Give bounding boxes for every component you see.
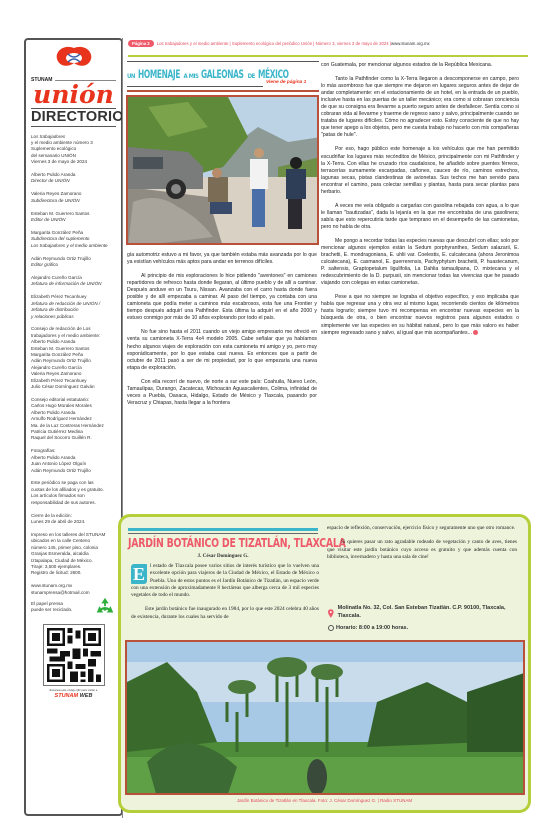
directory-block: Esteban M. Guerrero SantosEditor de UNIÓ… xyxy=(31,211,116,224)
garden-paragraph: Este jardín botánico fue inaugurado en 1… xyxy=(131,606,319,621)
directory-block: Adán Reymundo Ortiz TrujilloEditor gráfi… xyxy=(31,256,116,269)
title-part: HOMENAJE xyxy=(138,67,180,81)
page-header: Página 2 Los trabajadores y el medio amb… xyxy=(128,38,528,48)
directory-line: Jefatura de información de UNIÓN xyxy=(31,281,116,287)
article-paragraph: gía automotriz estuvo a mi favor, ya que… xyxy=(127,252,317,266)
header-divider xyxy=(128,55,528,57)
directory-line: y relaciones públicas xyxy=(31,314,116,320)
directory-block: Elizabeth Pérez TecanhueyJefatura de red… xyxy=(31,294,116,320)
garden-author: J. César Domínguez G. xyxy=(128,553,318,559)
garden-paragraph: espacio de reflexión, conservación, ejer… xyxy=(327,525,517,532)
article-paragraph: Por eso, hago público este homenaje a lo… xyxy=(321,146,519,195)
article-paragraph: con Guatemala, por mencionar algunos est… xyxy=(321,62,519,69)
qr-code[interactable] xyxy=(43,624,105,686)
recycle-note: puede ser reciclado. xyxy=(31,607,72,613)
garden-column-right: espacio de reflexión, conservación, ejer… xyxy=(327,525,517,568)
directory-sidebar: STUNAM unión DIRECTORIO Los trabajadores… xyxy=(24,38,123,816)
directory-block: Alberto Pulido ArandaDirector de UNIÓN xyxy=(31,172,116,185)
stunam-web-logo: STUNAM WEB xyxy=(31,693,116,699)
directory-block: Margarita González PeñaSubdirectora del … xyxy=(31,230,116,249)
recycle-icon xyxy=(94,596,116,618)
garden-address-text: Molinatla No. 32, Col. San Esteban Tizat… xyxy=(338,605,518,620)
article-paragraph-text: Pese a que no siempre se lograba el obje… xyxy=(321,294,519,335)
union-logo-icon xyxy=(53,46,95,72)
garden-hours: Horario: 8:00 a 19:00 horas. xyxy=(328,625,408,631)
directory-block: Impreso en los talleres del STUNAMubicad… xyxy=(31,532,116,577)
directory-block: Consejo de redacción de Lostrabajadores … xyxy=(31,326,116,390)
directory-block: Consejo editorial estatutario:Carlos Hug… xyxy=(31,397,116,442)
article-paragraph: No fue sino hasta el 2011 cuando un viej… xyxy=(127,329,317,371)
stunam-web-label: STUNAM xyxy=(55,693,79,699)
garden-paragraph: Si quieres pasar un rato agradable rodea… xyxy=(327,539,517,561)
directory-line: Viernes 3 de mayo de 2024 xyxy=(31,159,116,165)
garden-column-left: El estado de Tlaxcala posee varios sitio… xyxy=(131,563,319,628)
directory-block: Los trabajadoresy el medio ambiente núme… xyxy=(31,134,116,166)
directory-line: Director de UNIÓN xyxy=(31,178,116,184)
garden-title-rule xyxy=(128,533,318,534)
directory-block: Este periódico se paga con lascuotas de … xyxy=(31,480,116,506)
title-part: A MIS xyxy=(184,73,199,80)
article-photo-explorers xyxy=(126,95,319,245)
garden-feature-box: JARDÍN BOTÁNICO DE TIZATLÁN, TLAXCALA J.… xyxy=(118,514,531,813)
directory-line: Raquel del Socorro Guillén R. xyxy=(31,435,116,441)
photo-top-rule xyxy=(127,90,319,92)
directory-line: Lunes 29 de abril de 2024. xyxy=(31,519,116,525)
garden-hours-text: Horario: 8:00 a 19:00 horas. xyxy=(336,625,408,631)
location-pin-icon xyxy=(328,607,334,620)
drop-cap: E xyxy=(131,564,147,584)
title-part: MÉXICO xyxy=(258,67,289,81)
title-rule-top xyxy=(127,61,319,62)
garden-title: JARDÍN BOTÁNICO DE TIZATLÁN, TLAXCALA xyxy=(128,536,284,550)
article-paragraph: Pese a que no siempre se lograba el obje… xyxy=(321,294,519,336)
article-paragraph: A veces me veía obligado a cargarlas con… xyxy=(321,203,519,231)
title-part: GALEONAS xyxy=(201,67,244,81)
directory-block: Alejandro Cureño GarcíaJefatura de infor… xyxy=(31,275,116,288)
article-paragraph: Al principio de mis exploraciones lo hic… xyxy=(127,273,317,322)
union-wordmark: unión xyxy=(31,83,116,107)
continued-from-label: Viene de página 1 xyxy=(266,80,306,85)
article-paragraph: Con ella recorrí de nuevo, de norte a su… xyxy=(127,379,317,407)
article-paragraph: Tanto la Pathfinder como la X-Terra lleg… xyxy=(321,76,519,139)
header-website-link[interactable]: www.stunam.org.mx xyxy=(391,41,430,46)
title-rule-bottom xyxy=(127,86,263,87)
clock-icon xyxy=(328,625,334,631)
garden-paragraph: l estado de Tlaxcala posee varios sitios… xyxy=(131,563,319,598)
directory-entries: Los trabajadoresy el medio ambiente núme… xyxy=(31,134,116,577)
title-part: DE xyxy=(248,73,255,80)
directory-line: Editor de UNIÓN xyxy=(31,217,116,223)
garden-photo-caption: Jardín Botánico de Tizatlán en Tlaxcala.… xyxy=(121,798,528,803)
directory-line: Registro de licitud: 2600. xyxy=(31,570,116,576)
title-part: UN xyxy=(127,73,135,80)
directory-line: Adán Reymundo Ortiz Trujillo xyxy=(31,468,116,474)
header-publication-info: Los trabajadores y el medio ambiente | S… xyxy=(157,41,391,46)
directory-heading: DIRECTORIO xyxy=(31,108,116,127)
directory-line: Subdirectora de UNIÓN xyxy=(31,198,116,204)
directory-block: Cierre de la edición:Lunes 29 de abril d… xyxy=(31,513,116,526)
garden-address: Molinatla No. 32, Col. San Esteban Tizat… xyxy=(328,605,518,620)
directory-line: responsabilidad de sus autores. xyxy=(31,500,116,506)
article-column-right: con Guatemala, por mencionar algunos est… xyxy=(321,62,519,337)
article-paragraph: Me pongo a recordar todas las especies n… xyxy=(321,238,519,287)
article-column-left: gía automotriz estuvo a mi favor, ya que… xyxy=(127,252,317,414)
directory-block: Fotografías:Alberto Pulido ArandaJuan An… xyxy=(31,448,116,474)
directory-line: Los trabajadores y el medio ambiente xyxy=(31,243,116,249)
page-number-badge: Página 2 xyxy=(128,40,154,47)
web-label: WEB xyxy=(80,693,93,699)
directory-line: Editor gráfico xyxy=(31,262,116,268)
contact-block: www.stunam.org.mx stunamprensa@hotmail.c… xyxy=(31,583,116,618)
garden-photo xyxy=(125,640,525,795)
directory-line: Julio César Domínguez Galván xyxy=(31,384,116,390)
garden-title-bar xyxy=(128,528,318,531)
end-of-article-icon xyxy=(473,330,478,335)
qr-caption: Escanea este código QR para visitar a xyxy=(31,688,116,692)
directory-block: Valeria Reyes ZamoranoSubdirectora de UN… xyxy=(31,191,116,204)
